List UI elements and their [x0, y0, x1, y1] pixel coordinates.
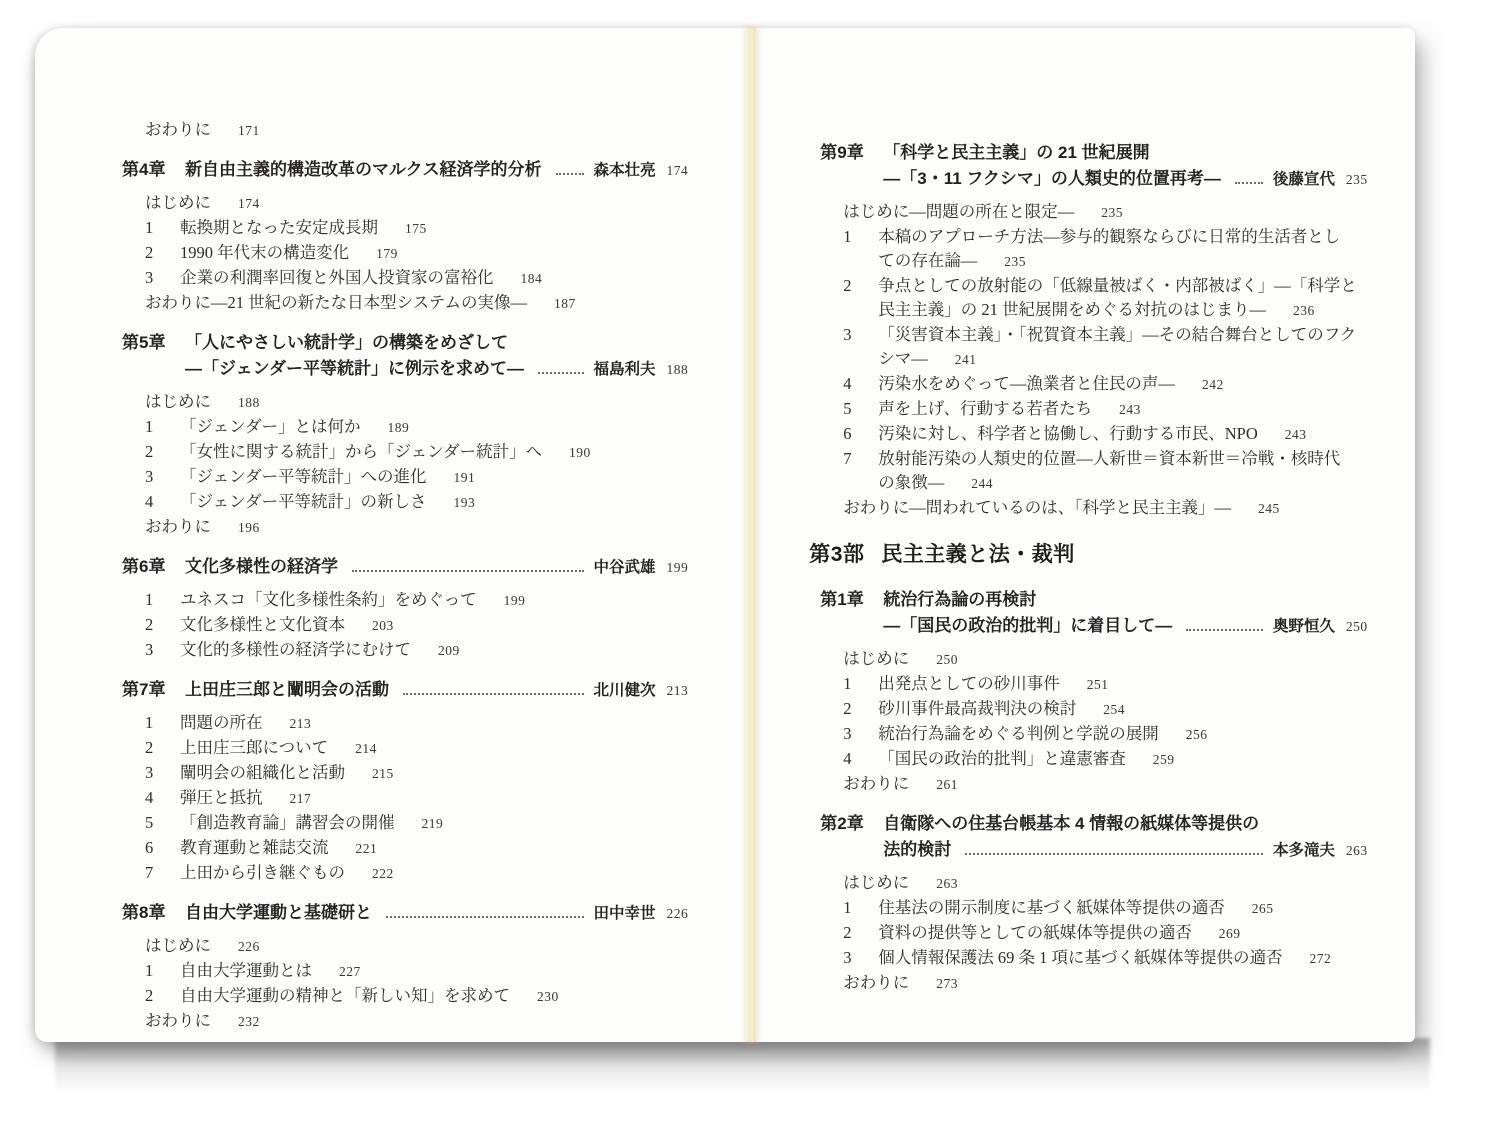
author-name: 北川健次 — [594, 678, 656, 704]
entry-text: ―「3・11 フクシマ」の人類史的位置再考― — [883, 166, 1221, 192]
item-number: 3 — [145, 266, 180, 290]
toc-line: 民主主義」の 21 世紀展開をめぐる対抗のはじまり―236 — [843, 298, 1367, 323]
entry-text: 新自由主義的構造改革のマルクス経済学的分析 — [185, 157, 542, 183]
toc-entry-plain: はじめに188 — [145, 390, 688, 415]
toc-line: 3統治行為論をめぐる判例と学説の展開256 — [843, 722, 1367, 747]
toc-entry-item: 2文化多様性と文化資本203 — [145, 613, 688, 638]
toc-entry-plain: おわりに261 — [843, 772, 1367, 797]
toc-line: おわりに―21 世紀の新たな日本型システムの実像―187 — [145, 291, 688, 316]
leader-dots — [538, 372, 584, 374]
item-number: 1 — [145, 415, 180, 439]
entry-text: おわりに — [145, 118, 211, 142]
toc-entry-item: 2砂川事件最高裁判決の検討254 — [843, 697, 1367, 722]
page-left-content: おわりに171第4章新自由主義的構造改革のマルクス経済学的分析森本壮亮174はじ… — [122, 118, 688, 1034]
page-number: 263 — [936, 872, 958, 896]
chapter-number: 第2章 — [820, 811, 883, 837]
toc-line: 1問題の所在213 — [145, 711, 688, 736]
entry-text: 「災害資本主義」・「祝賀資本主義」―その結合舞台としてのフク — [878, 323, 1356, 347]
entry-text: 闡明会の組織化と活動 — [180, 761, 345, 785]
toc-line: 第2章自衛隊への住基台帳基本 4 情報の紙媒体等提供の — [820, 811, 1367, 837]
toc-line: はじめに―問題の所在と限定―235 — [843, 200, 1367, 225]
entry-text: 文化的多様性の経済学にむけて — [180, 638, 411, 662]
toc-entry-item: 1ユネスコ「文化多様性条約」をめぐって199 — [145, 588, 688, 613]
toc-line: はじめに226 — [145, 934, 688, 959]
toc-line: はじめに250 — [843, 647, 1367, 672]
toc-entry-plain: はじめに―問題の所在と限定―235 — [843, 200, 1367, 225]
page-number: 235 — [1346, 167, 1368, 193]
item-number: 1 — [145, 216, 180, 240]
toc-line: ―「ジェンダー平等統計」に例示を求めて―福島利夫188 — [122, 356, 688, 383]
toc-entry-item: 3文化的多様性の経済学にむけて209 — [145, 638, 688, 663]
toc-line: 第6章文化多様性の経済学中谷武雄199 — [122, 554, 688, 581]
page-number: 188 — [238, 391, 260, 415]
toc-entry-item: 2「女性に関する統計」から「ジェンダー統計」へ190 — [145, 440, 688, 465]
item-number: 4 — [145, 786, 180, 810]
page-number: 190 — [569, 441, 591, 465]
author-name: 奥野恒久 — [1273, 614, 1335, 640]
item-number: 2 — [145, 613, 180, 637]
toc-line: 1本稿のアプローチ方法―参与的観察ならびに日常的生活者とし — [843, 225, 1367, 249]
toc-line: 4「ジェンダー平等統計」の新しさ193 — [145, 490, 688, 515]
item-number: 2 — [843, 697, 878, 721]
entry-text: はじめに — [145, 390, 211, 414]
toc-entry-item: 1住基法の開示制度に基づく紙媒体等提供の適否265 — [843, 896, 1367, 921]
toc-line: 法的検討本多滝夫263 — [820, 837, 1367, 864]
page-number: 222 — [372, 862, 394, 886]
book-gutter — [746, 28, 757, 1042]
page-number: 241 — [955, 348, 977, 372]
page-number: 221 — [356, 837, 378, 861]
toc-entry-plain: おわりに―21 世紀の新たな日本型システムの実像―187 — [145, 291, 688, 316]
toc-entry-plain: おわりに196 — [145, 515, 688, 540]
toc-line: 第7章上田庄三郎と闡明会の活動北川健次213 — [122, 677, 688, 704]
entry-text: 法的検討 — [883, 837, 951, 863]
entry-text: 文化多様性と文化資本 — [180, 613, 345, 637]
chapter-number: 第4章 — [122, 157, 185, 183]
chapter-number: 第1章 — [820, 587, 883, 613]
entry-text: 自由大学運動の精神と「新しい知」を求めて — [180, 984, 510, 1008]
toc-entry-plain: おわりに―問われているのは、「科学と民主主義」―245 — [843, 496, 1367, 521]
author-name: 福島利夫 — [594, 357, 656, 383]
item-number: 4 — [843, 747, 878, 771]
entry-text: おわりに — [843, 772, 909, 796]
toc-entry-item: 3統治行為論をめぐる判例と学説の展開256 — [843, 722, 1367, 747]
toc-line: 2自由大学運動の精神と「新しい知」を求めて230 — [145, 984, 688, 1009]
entry-text: 「科学と民主主義」の 21 世紀展開 — [883, 140, 1149, 166]
leader-dots — [352, 570, 584, 572]
page-number: 243 — [1285, 423, 1307, 447]
item-number: 3 — [145, 638, 180, 662]
toc-line: ―「3・11 フクシマ」の人類史的位置再考―後藤宣代235 — [820, 166, 1367, 193]
toc-line: 第1章統治行為論の再検討 — [820, 587, 1367, 613]
toc-line: 1転換期となった安定成長期175 — [145, 216, 688, 241]
entry-text: 「ジェンダー平等統計」への進化 — [180, 465, 427, 489]
page-number: 226 — [667, 901, 689, 927]
toc-line: 2「女性に関する統計」から「ジェンダー統計」へ190 — [145, 440, 688, 465]
page-number: 232 — [238, 1010, 260, 1034]
toc-entry-item: 4弾圧と抵抗217 — [145, 786, 688, 811]
page-number: 209 — [438, 639, 460, 663]
toc-line: 7上田から引き継ぐもの222 — [145, 861, 688, 886]
entry-text: 自衛隊への住基台帳基本 4 情報の紙媒体等提供の — [883, 811, 1259, 837]
entry-text: おわりに — [145, 1009, 211, 1033]
entry-text: ―「ジェンダー平等統計」に例示を求めて― — [185, 356, 524, 382]
toc-line: 1住基法の開示制度に基づく紙媒体等提供の適否265 — [843, 896, 1367, 921]
toc-line: はじめに188 — [145, 390, 688, 415]
toc-entry-item: 1「ジェンダー」とは何か189 — [145, 415, 688, 440]
page-number: 188 — [667, 357, 689, 383]
entry-text: 「国民の政治的批判」と違憲審査 — [878, 747, 1126, 771]
entry-text: おわりに―21 世紀の新たな日本型システムの実像― — [145, 291, 527, 315]
item-number: 7 — [843, 447, 878, 471]
entry-text: はじめに―問題の所在と限定― — [843, 200, 1074, 224]
entry-text: 自由大学運動とは — [180, 959, 312, 983]
item-number: 5 — [843, 397, 878, 421]
page-number: 254 — [1103, 698, 1125, 722]
toc-entry-item: 2自由大学運動の精神と「新しい知」を求めて230 — [145, 984, 688, 1009]
entry-text: 「人にやさしい統計学」の構築をめざして — [185, 330, 508, 356]
entry-text: 砂川事件最高裁判決の検討 — [878, 697, 1076, 721]
item-number: 5 — [145, 811, 180, 835]
toc-line: 6教育運動と雑誌交流221 — [145, 836, 688, 861]
page-number: 243 — [1119, 398, 1141, 422]
toc-entry-item: 7上田から引き継ぐもの222 — [145, 861, 688, 886]
toc-entry-item: 7放射能汚染の人類史的位置―人新世＝資本新世＝冷戦・核時代の象徴―244 — [843, 447, 1367, 496]
toc-entry-item: 3企業の利潤率回復と外国人投資家の富裕化184 — [145, 266, 688, 291]
page-number: 213 — [290, 712, 312, 736]
entry-text: 放射能汚染の人類史的位置―人新世＝資本新世＝冷戦・核時代 — [878, 447, 1340, 471]
toc-line: 第8章自由大学運動と基礎研と田中幸世226 — [122, 900, 688, 927]
toc-line: シマ―241 — [843, 347, 1367, 372]
toc-line: 1自由大学運動とは227 — [145, 959, 688, 984]
item-number: 2 — [145, 241, 180, 265]
item-number: 2 — [145, 736, 180, 760]
toc-entry-item: 4「ジェンダー平等統計」の新しさ193 — [145, 490, 688, 515]
toc-line: 5声を上げ、行動する若者たち243 — [843, 397, 1367, 422]
chapter-number: 第7章 — [122, 677, 185, 703]
page-number: 227 — [339, 960, 361, 984]
toc-line: 2争点としての放射能の「低線量被ばく・内部被ばく」―「科学と — [843, 274, 1367, 298]
entry-text: 民主主義と法・裁判 — [881, 539, 1075, 571]
item-number: 2 — [145, 984, 180, 1008]
entry-text: ての存在論― — [878, 249, 977, 273]
page-number: 175 — [405, 217, 427, 241]
part-number: 第3部 — [809, 539, 881, 571]
toc-line: 4「国民の政治的批判」と違憲審査259 — [843, 747, 1367, 772]
page-number: 261 — [936, 773, 958, 797]
page-number: 236 — [1293, 299, 1315, 323]
page-number: 259 — [1153, 748, 1175, 772]
page-number: 214 — [355, 737, 377, 761]
page-left: おわりに171第4章新自由主義的構造改革のマルクス経済学的分析森本壮亮174はじ… — [35, 28, 746, 1042]
chapter-number: 第5章 — [122, 330, 185, 356]
page-number: 226 — [238, 935, 260, 959]
toc-line: 4汚染水をめぐって―漁業者と住民の声―242 — [843, 372, 1367, 397]
toc-line: 第3部民主主義と法・裁判 — [809, 539, 1367, 571]
entry-text: おわりに―問われているのは、「科学と民主主義」― — [843, 496, 1231, 520]
toc-line: 2文化多様性と文化資本203 — [145, 613, 688, 638]
page-number: 179 — [376, 242, 398, 266]
toc-line: おわりに―問われているのは、「科学と民主主義」―245 — [843, 496, 1367, 521]
leader-dots — [1186, 629, 1263, 631]
leader-dots — [386, 916, 584, 918]
page-number: 273 — [936, 972, 958, 996]
book-spread: おわりに171第4章新自由主義的構造改革のマルクス経済学的分析森本壮亮174はじ… — [35, 28, 1415, 1042]
entry-text: シマ― — [878, 347, 928, 371]
toc-entry-chapter: 第2章自衛隊への住基台帳基本 4 情報の紙媒体等提供の法的検討本多滝夫263 — [820, 811, 1367, 864]
entry-text: 汚染に対し、科学者と協働し、行動する市民、NPO — [878, 422, 1258, 446]
author-name: 森本壮亮 — [594, 158, 656, 184]
toc-line: 第5章「人にやさしい統計学」の構築をめざして — [122, 330, 688, 356]
entry-text: 自由大学運動と基礎研と — [185, 900, 372, 926]
toc-entry-item: 4汚染水をめぐって―漁業者と住民の声―242 — [843, 372, 1367, 397]
page-number: 272 — [1310, 947, 1332, 971]
toc-line: 7放射能汚染の人類史的位置―人新世＝資本新世＝冷戦・核時代 — [843, 447, 1367, 471]
entry-text: 「ジェンダー」とは何か — [180, 415, 361, 439]
author-name: 田中幸世 — [594, 901, 656, 927]
page-number: 235 — [1101, 201, 1123, 225]
entry-text: 民主主義」の 21 世紀展開をめぐる対抗のはじまり― — [878, 298, 1266, 322]
toc-entry-plain: おわりに171 — [145, 118, 688, 143]
page-number: 242 — [1202, 373, 1224, 397]
page-number: 230 — [537, 985, 559, 1009]
item-number: 2 — [145, 440, 180, 464]
item-number: 6 — [145, 836, 180, 860]
toc-line: 2砂川事件最高裁判決の検討254 — [843, 697, 1367, 722]
toc-line: 3個人情報保護法 69 条 1 項に基づく紙媒体等提供の適否272 — [843, 946, 1367, 971]
item-number: 3 — [843, 946, 878, 970]
page-number: 244 — [971, 472, 993, 496]
toc-line: おわりに261 — [843, 772, 1367, 797]
toc-entry-plain: はじめに250 — [843, 647, 1367, 672]
entry-text: おわりに — [145, 515, 211, 539]
toc-entry-item: 21990 年代末の構造変化179 — [145, 241, 688, 266]
page-number: 191 — [454, 466, 476, 490]
page-number: 213 — [667, 678, 689, 704]
entry-text: 上田から引き継ぐもの — [180, 861, 345, 885]
toc-entry-item: 3個人情報保護法 69 条 1 項に基づく紙媒体等提供の適否272 — [843, 946, 1367, 971]
entry-text: はじめに — [145, 934, 211, 958]
toc-line: ての存在論―235 — [843, 249, 1367, 274]
entry-text: 「創造教育論」講習会の開催 — [180, 811, 395, 835]
leader-dots — [556, 173, 584, 175]
toc-entry-chapter: 第8章自由大学運動と基礎研と田中幸世226 — [122, 900, 688, 927]
toc-line: 21990 年代末の構造変化179 — [145, 241, 688, 266]
toc-line: 第9章「科学と民主主義」の 21 世紀展開 — [820, 140, 1367, 166]
toc-line: 3企業の利潤率回復と外国人投資家の富裕化184 — [145, 266, 688, 291]
toc-line: 第4章新自由主義的構造改革のマルクス経済学的分析森本壮亮174 — [122, 157, 688, 184]
item-number: 1 — [145, 959, 180, 983]
entry-text: 問題の所在 — [180, 711, 263, 735]
toc-entry-part: 第3部民主主義と法・裁判 — [809, 539, 1367, 571]
item-number: 2 — [843, 274, 878, 298]
toc-entry-item: 2資料の提供等としての紙媒体等提供の適否269 — [843, 921, 1367, 946]
toc-line: おわりに232 — [145, 1009, 688, 1034]
page-number: 189 — [388, 416, 410, 440]
toc-line: 3闡明会の組織化と活動215 — [145, 761, 688, 786]
page-number: 199 — [504, 589, 526, 613]
author-name: 後藤宣代 — [1273, 167, 1335, 193]
toc-line: 1出発点としての砂川事件251 — [843, 672, 1367, 697]
toc-entry-item: 1出発点としての砂川事件251 — [843, 672, 1367, 697]
page-number: 219 — [422, 812, 444, 836]
scanner-shadow — [55, 1038, 1430, 1100]
page-number: 171 — [238, 119, 260, 143]
toc-entry-item: 1転換期となった安定成長期175 — [145, 216, 688, 241]
toc-line: 6汚染に対し、科学者と協働し、行動する市民、NPO243 — [843, 422, 1367, 447]
toc-entry-plain: はじめに174 — [145, 191, 688, 216]
toc-entry-item: 6汚染に対し、科学者と協働し、行動する市民、NPO243 — [843, 422, 1367, 447]
scan-canvas: { "colors":{ "page_bg":"#fdfdfc", "gutte… — [0, 0, 1500, 1127]
toc-line: 5「創造教育論」講習会の開催219 — [145, 811, 688, 836]
toc-entry-chapter: 第9章「科学と民主主義」の 21 世紀展開―「3・11 フクシマ」の人類史的位置… — [820, 140, 1367, 193]
page-number: 184 — [521, 267, 543, 291]
toc-entry-plain: おわりに273 — [843, 971, 1367, 996]
toc-entry-item: 1問題の所在213 — [145, 711, 688, 736]
toc-line: 1ユネスコ「文化多様性条約」をめぐって199 — [145, 588, 688, 613]
item-number: 1 — [843, 672, 878, 696]
toc-line: 3「災害資本主義」・「祝賀資本主義」―その結合舞台としてのフク — [843, 323, 1367, 347]
toc-line: 4弾圧と抵抗217 — [145, 786, 688, 811]
toc-entry-plain: はじめに226 — [145, 934, 688, 959]
page-right-content: 第9章「科学と民主主義」の 21 世紀展開―「3・11 フクシマ」の人類史的位置… — [809, 140, 1367, 996]
page-number: 187 — [554, 292, 576, 316]
toc-line: はじめに263 — [843, 871, 1367, 896]
entry-text: 汚染水をめぐって―漁業者と住民の声― — [878, 372, 1175, 396]
toc-line: 1「ジェンダー」とは何か189 — [145, 415, 688, 440]
page-number: 235 — [1004, 250, 1026, 274]
item-number: 2 — [843, 921, 878, 945]
entry-text: 「女性に関する統計」から「ジェンダー統計」へ — [180, 440, 542, 464]
toc-entry-plain: おわりに232 — [145, 1009, 688, 1034]
page-number: 174 — [667, 158, 689, 184]
toc-line: の象徴―244 — [843, 471, 1367, 496]
toc-entry-chapter: 第7章上田庄三郎と闡明会の活動北川健次213 — [122, 677, 688, 704]
page-right: 第9章「科学と民主主義」の 21 世紀展開―「3・11 フクシマ」の人類史的位置… — [757, 28, 1452, 1042]
page-number: 265 — [1252, 897, 1274, 921]
item-number: 3 — [145, 465, 180, 489]
toc-line: おわりに273 — [843, 971, 1367, 996]
page-number: 269 — [1219, 922, 1241, 946]
item-number: 7 — [145, 861, 180, 885]
entry-text: ユネスコ「文化多様性条約」をめぐって — [180, 588, 477, 612]
author-name: 本多滝夫 — [1273, 838, 1335, 864]
entry-text: はじめに — [145, 191, 211, 215]
toc-line: はじめに174 — [145, 191, 688, 216]
entry-text: 住基法の開示制度に基づく紙媒体等提供の適否 — [878, 896, 1225, 920]
item-number: 1 — [843, 896, 878, 920]
leader-dots — [403, 693, 584, 695]
item-number: 4 — [145, 490, 180, 514]
entry-text: 上田庄三郎と闡明会の活動 — [185, 677, 389, 703]
entry-text: おわりに — [843, 971, 909, 995]
page-number: 250 — [936, 648, 958, 672]
toc-entry-item: 2上田庄三郎について214 — [145, 736, 688, 761]
entry-text: 文化多様性の経済学 — [185, 554, 338, 580]
entry-text: 弾圧と抵抗 — [180, 786, 263, 810]
item-number: 1 — [843, 225, 878, 249]
toc-entry-plain: はじめに263 — [843, 871, 1367, 896]
toc-entry-item: 3闡明会の組織化と活動215 — [145, 761, 688, 786]
toc-line: 2上田庄三郎について214 — [145, 736, 688, 761]
item-number: 3 — [145, 761, 180, 785]
chapter-number: 第9章 — [820, 140, 883, 166]
page-number: 196 — [238, 516, 260, 540]
page-number: 250 — [1346, 614, 1368, 640]
entry-text: 声を上げ、行動する若者たち — [878, 397, 1092, 421]
entry-text: 争点としての放射能の「低線量被ばく・内部被ばく」―「科学と — [878, 274, 1357, 298]
page-number: 174 — [238, 192, 260, 216]
entry-text: 資料の提供等としての紙媒体等提供の適否 — [878, 921, 1192, 945]
entry-text: の象徴― — [878, 471, 944, 495]
toc-entry-chapter: 第1章統治行為論の再検討―「国民の政治的批判」に着目して―奥野恒久250 — [820, 587, 1367, 640]
entry-text: 1990 年代末の構造変化 — [180, 241, 349, 265]
toc-entry-item: 5「創造教育論」講習会の開催219 — [145, 811, 688, 836]
entry-text: 上田庄三郎について — [180, 736, 328, 760]
leader-dots — [965, 853, 1263, 855]
toc-entry-item: 3「ジェンダー平等統計」への進化191 — [145, 465, 688, 490]
item-number: 6 — [843, 422, 878, 446]
entry-text: はじめに — [843, 871, 909, 895]
entry-text: 教育運動と雑誌交流 — [180, 836, 329, 860]
page-number: 263 — [1346, 838, 1368, 864]
page-number: 256 — [1186, 723, 1208, 747]
toc-line: おわりに171 — [145, 118, 688, 143]
page-number: 245 — [1258, 497, 1280, 521]
toc-entry-chapter: 第5章「人にやさしい統計学」の構築をめざして―「ジェンダー平等統計」に例示を求め… — [122, 330, 688, 383]
toc-entry-item: 3「災害資本主義」・「祝賀資本主義」―その結合舞台としてのフクシマ―241 — [843, 323, 1367, 372]
toc-line: おわりに196 — [145, 515, 688, 540]
item-number: 1 — [145, 711, 180, 735]
page-number: 203 — [372, 614, 394, 638]
page-number: 217 — [290, 787, 312, 811]
toc-line: ―「国民の政治的批判」に着目して―奥野恒久250 — [820, 613, 1367, 640]
entry-text: ―「国民の政治的批判」に着目して― — [883, 613, 1172, 639]
author-name: 中谷武雄 — [594, 555, 656, 581]
toc-entry-chapter: 第4章新自由主義的構造改革のマルクス経済学的分析森本壮亮174 — [122, 157, 688, 184]
item-number: 1 — [145, 588, 180, 612]
item-number: 3 — [843, 722, 878, 746]
page-number: 251 — [1087, 673, 1109, 697]
chapter-number: 第8章 — [122, 900, 185, 926]
toc-line: 3「ジェンダー平等統計」への進化191 — [145, 465, 688, 490]
toc-line: 3文化的多様性の経済学にむけて209 — [145, 638, 688, 663]
entry-text: 「ジェンダー平等統計」の新しさ — [180, 490, 427, 514]
toc-entry-item: 2争点としての放射能の「低線量被ばく・内部被ばく」―「科学と民主主義」の 21 … — [843, 274, 1367, 323]
toc-line: 2資料の提供等としての紙媒体等提供の適否269 — [843, 921, 1367, 946]
toc-entry-item: 4「国民の政治的批判」と違憲審査259 — [843, 747, 1367, 772]
leader-dots — [1235, 182, 1263, 184]
page-number: 215 — [372, 762, 394, 786]
toc-entry-item: 1自由大学運動とは227 — [145, 959, 688, 984]
entry-text: 統治行為論の再検討 — [883, 587, 1036, 613]
entry-text: はじめに — [843, 647, 909, 671]
entry-text: 本稿のアプローチ方法―参与的観察ならびに日常的生活者とし — [878, 225, 1340, 249]
toc-entry-item: 6教育運動と雑誌交流221 — [145, 836, 688, 861]
toc-entry-item: 1本稿のアプローチ方法―参与的観察ならびに日常的生活者としての存在論―235 — [843, 225, 1367, 274]
entry-text: 統治行為論をめぐる判例と学説の展開 — [878, 722, 1159, 746]
entry-text: 転換期となった安定成長期 — [180, 216, 378, 240]
toc-entry-chapter: 第6章文化多様性の経済学中谷武雄199 — [122, 554, 688, 581]
chapter-number: 第6章 — [122, 554, 185, 580]
entry-text: 個人情報保護法 69 条 1 項に基づく紙媒体等提供の適否 — [878, 946, 1282, 970]
entry-text: 企業の利潤率回復と外国人投資家の富裕化 — [180, 266, 494, 290]
item-number: 3 — [843, 323, 878, 347]
page-number: 193 — [454, 491, 476, 515]
item-number: 4 — [843, 372, 878, 396]
page-number: 199 — [667, 555, 689, 581]
toc-entry-item: 5声を上げ、行動する若者たち243 — [843, 397, 1367, 422]
